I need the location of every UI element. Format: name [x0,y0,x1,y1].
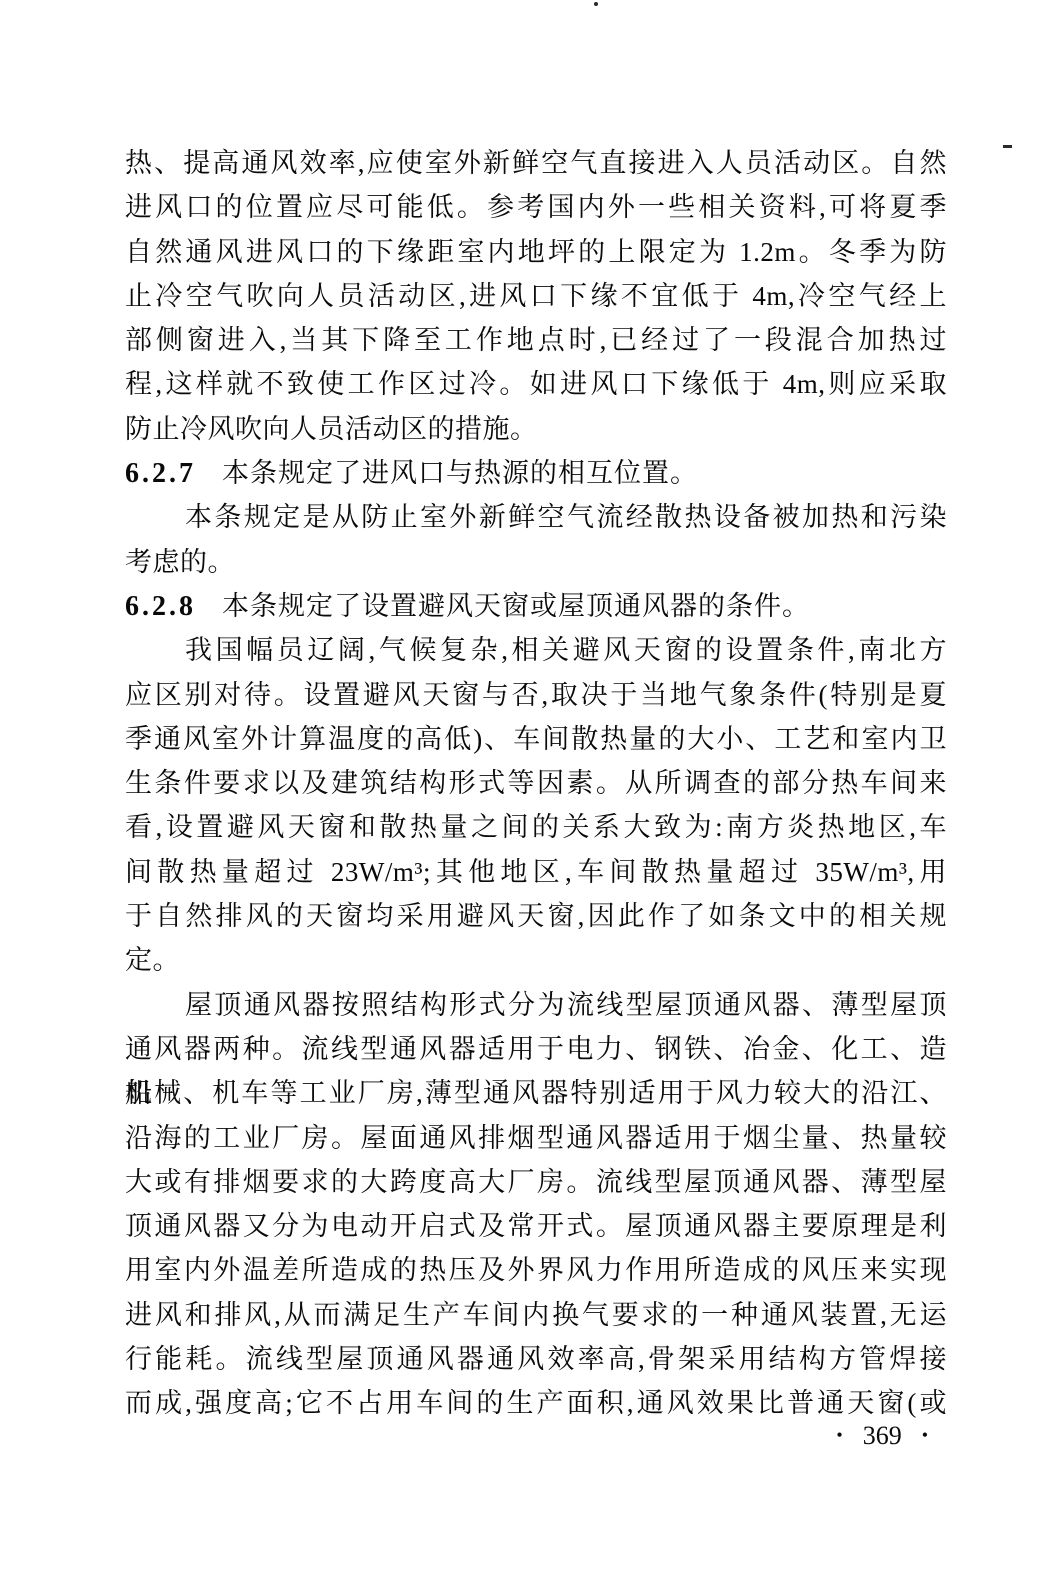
document-page: 热、提高通风效率,应使室外新鲜空气直接进入人员活动区。自然进风口的位置应尽可能低… [0,0,1056,1586]
clause-number: 6.2.8 [125,591,196,622]
text-line: 程,这样就不致使工作区过冷。如进风口下缘低于 4m,则应采取 [125,362,947,406]
text-line: 考虑的。 [125,540,947,584]
text-line: 防止冷风吹向人员活动区的措施。 [125,407,947,451]
text-block: 热、提高通风效率,应使室外新鲜空气直接进入人员活动区。自然进风口的位置应尽可能低… [125,141,947,1426]
text-line: 间散热量超过 23W/m³;其他地区,车间散热量超过 35W/m³,用 [125,850,947,894]
text-line: 本条规定是从防止室外新鲜空气流经散热设备被加热和污染 [125,495,947,539]
text-line: 进风和排风,从而满足生产车间内换气要求的一种通风装置,无运 [125,1293,947,1337]
text-line: 看,设置避风天窗和散热量之间的关系大致为:南方炎热地区,车 [125,805,947,849]
page-number: 369 [863,1420,902,1452]
text-line: 定。 [125,938,947,982]
text-line: 进风口的位置应尽可能低。参考国内外一些相关资料,可将夏季 [125,185,947,229]
clause-title: 本条规定了进风口与热源的相互位置。 [222,458,698,488]
scan-artifact-dash [1003,145,1012,148]
text-line: 大或有排烟要求的大跨度高大厂房。流线型屋顶通风器、薄型屋 [125,1160,947,1204]
text-line: 机械、机车等工业厂房,薄型通风器特别适用于风力较大的沿江、 [125,1071,947,1115]
scan-artifact-dot [594,2,598,6]
text-line: 顶通风器又分为电动开启式及常开式。屋顶通风器主要原理是利 [125,1204,947,1248]
text-line: 止冷空气吹向人员活动区,进风口下缘不宜低于 4m,冷空气经上 [125,274,947,318]
clause-heading: 6.2.7本条规定了进风口与热源的相互位置。 [125,451,947,495]
text-line: 通风器两种。流线型通风器适用于电力、钢铁、冶金、化工、造船、 [125,1027,947,1071]
text-line: 屋顶通风器按照结构形式分为流线型屋顶通风器、薄型屋顶 [125,983,947,1027]
text-line: 行能耗。流线型屋顶通风器通风效率高,骨架采用结构方管焊接 [125,1337,947,1381]
clause-number: 6.2.7 [125,458,196,489]
text-line: 于自然排风的天窗均采用避风天窗,因此作了如条文中的相关规 [125,894,947,938]
text-line: 自然通风进风口的下缘距室内地坪的上限定为 1.2m。冬季为防 [125,230,947,274]
text-line: 用室内外温差所造成的热压及外界风力作用所造成的风压来实现 [125,1248,947,1292]
text-line: 沿海的工业厂房。屋面通风排烟型通风器适用于烟尘量、热量较 [125,1116,947,1160]
footer-bullet-left-icon: • [836,1419,842,1451]
text-line: 而成,强度高;它不占用车间的生产面积,通风效果比普通天窗(或 [125,1381,947,1425]
text-line: 部侧窗进入,当其下降至工作地点时,已经过了一段混合加热过 [125,318,947,362]
text-line: 我国幅员辽阔,气候复杂,相关避风天窗的设置条件,南北方 [125,628,947,672]
footer-bullet-right-icon: • [922,1419,928,1451]
clause-title: 本条规定了设置避风天窗或屋顶通风器的条件。 [222,591,810,621]
clause-heading: 6.2.8本条规定了设置避风天窗或屋顶通风器的条件。 [125,584,947,628]
text-line: 应区别对待。设置避风天窗与否,取决于当地气象条件(特别是夏 [125,673,947,717]
text-line: 生条件要求以及建筑结构形式等因素。从所调查的部分热车间来 [125,761,947,805]
page-footer: • 369 • [836,1420,928,1452]
text-line: 季通风室外计算温度的高低)、车间散热量的大小、工艺和室内卫 [125,717,947,761]
text-line: 热、提高通风效率,应使室外新鲜空气直接进入人员活动区。自然 [125,141,947,185]
